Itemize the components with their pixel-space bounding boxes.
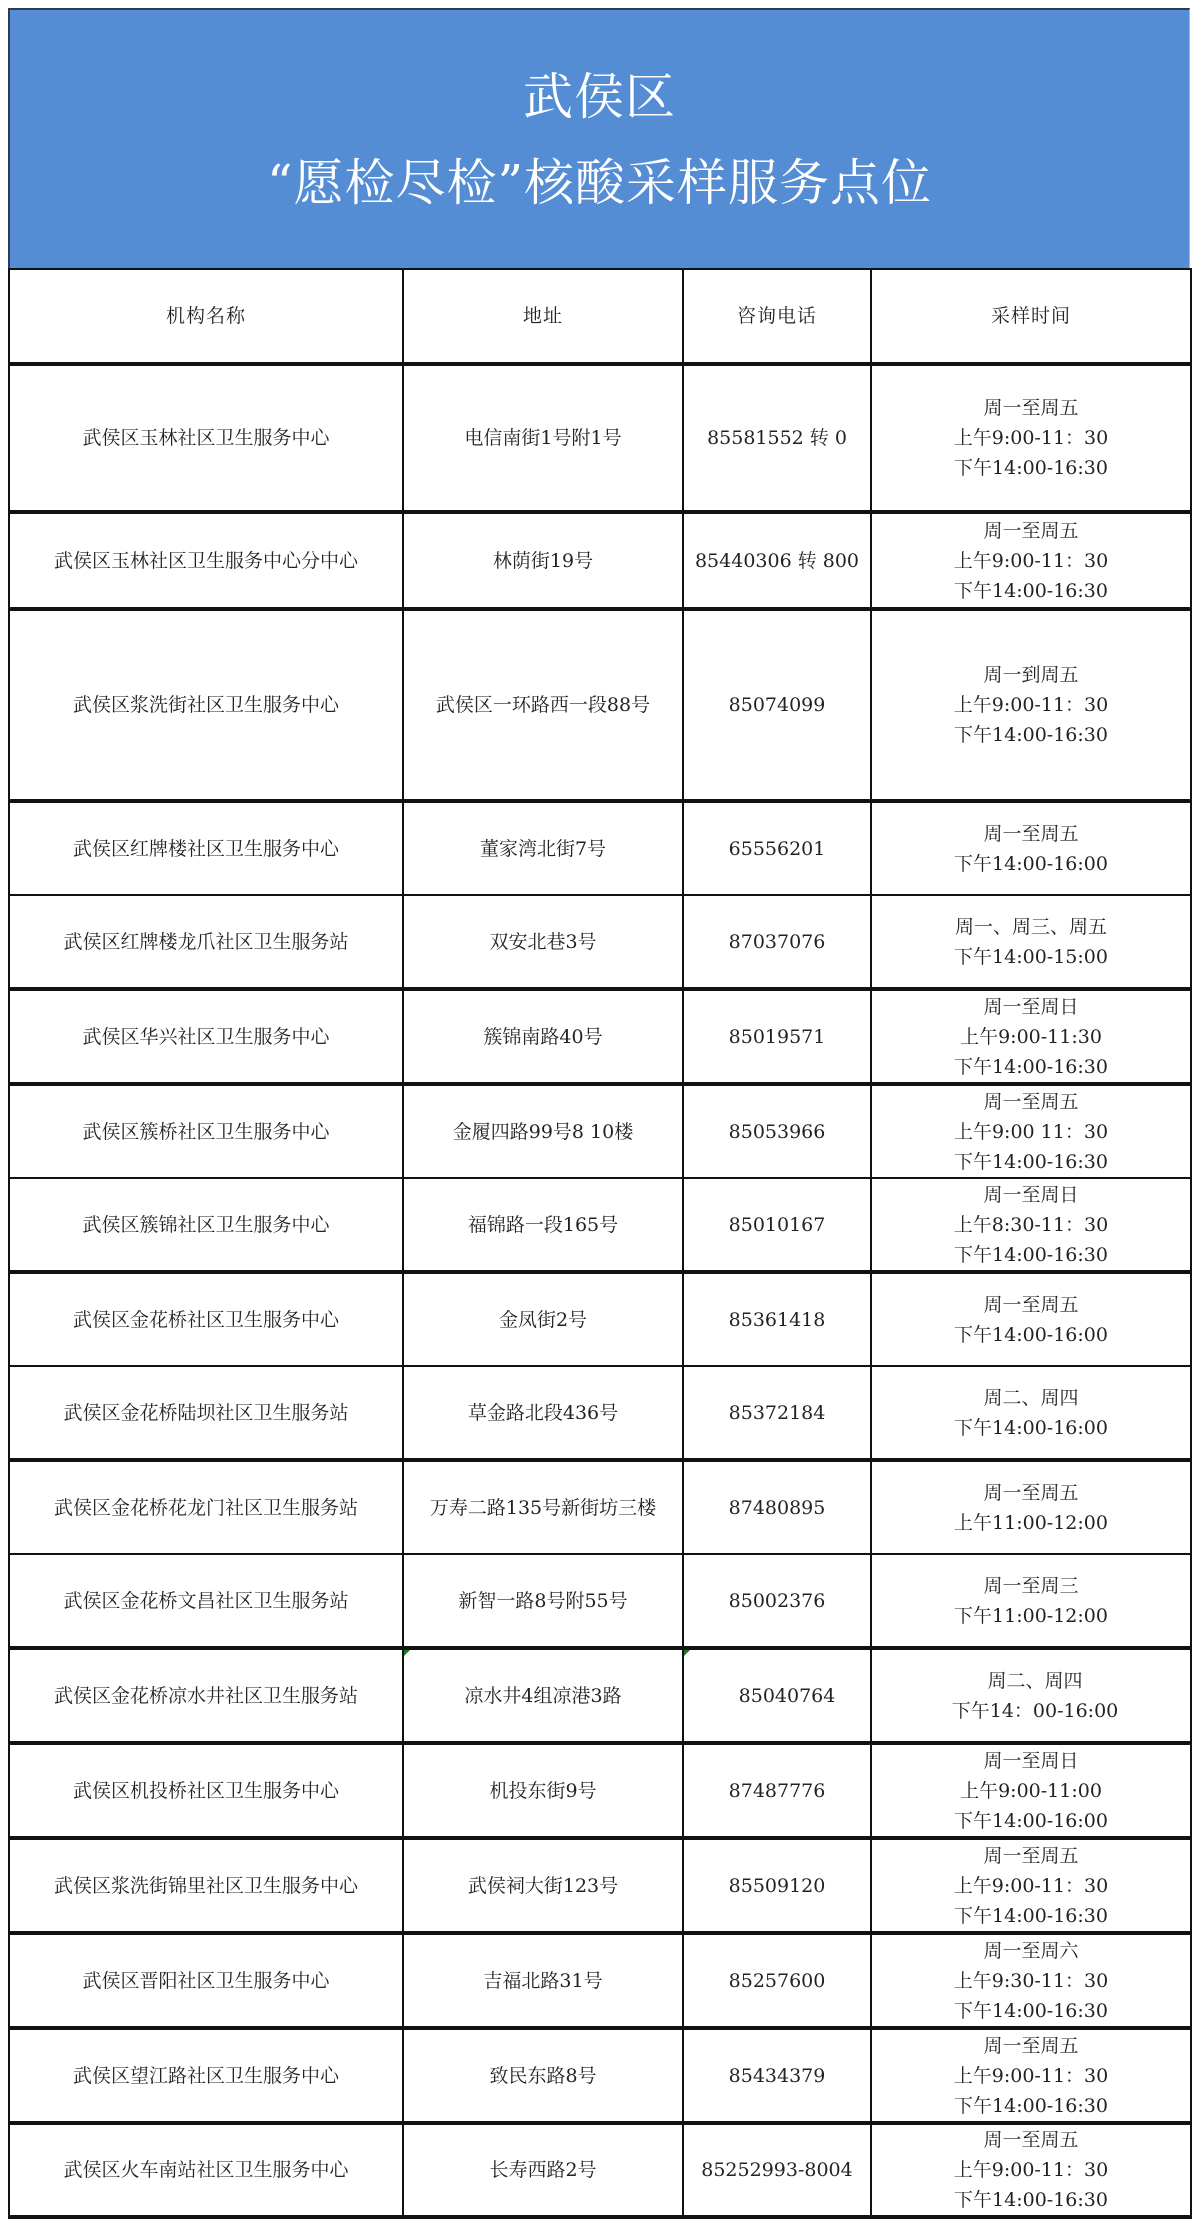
address: 金凤街2号 — [403, 1272, 683, 1366]
address: 长寿西路2号 — [403, 2123, 683, 2217]
time-morning: 上午9:00 11：30 — [872, 1117, 1190, 1147]
time-days: 周一至周五 — [872, 1841, 1190, 1871]
table-header-row: 机构名称 地址 咨询电话 采样时间 — [9, 269, 1191, 364]
address: 双安北巷3号 — [403, 895, 683, 989]
sampling-sites-sheet: 武侯区 “愿检尽检”核酸采样服务点位 机构名称 地址 咨询电话 采样时间 武侯区… — [8, 8, 1190, 2219]
time-days: 周二、周四 — [880, 1666, 1190, 1696]
sampling-time: 周一至周五 上午9:00-11：30 下午14:00-16:30 — [871, 2028, 1191, 2123]
time-afternoon: 下午14:00-16:30 — [872, 1147, 1190, 1177]
phone: 87037076 — [683, 895, 871, 989]
address: 致民东路8号 — [403, 2028, 683, 2123]
table-row: 武侯区红牌楼龙爪社区卫生服务站 双安北巷3号 87037076 周一、周三、周五… — [9, 895, 1191, 989]
table-row: 武侯区金花桥凉水井社区卫生服务站 凉水井4组凉港3路 85040764 周二、周… — [9, 1648, 1191, 1743]
table-row: 武侯区玉林社区卫生服务中心分中心 林荫街19号 85440306 转 800 周… — [9, 512, 1191, 609]
phone: 85440306 转 800 — [683, 512, 871, 609]
table-row: 武侯区玉林社区卫生服务中心 电信南街1号附1号 85581552 转 0 周一至… — [9, 364, 1191, 512]
address: 机投东街9号 — [403, 1743, 683, 1838]
time-afternoon: 下午14:00-16:30 — [872, 1052, 1190, 1082]
address: 凉水井4组凉港3路 — [403, 1648, 683, 1743]
institution-name: 武侯区浆洗街社区卫生服务中心 — [9, 609, 403, 801]
time-afternoon: 下午14:00-15:00 — [872, 942, 1190, 972]
institution-name: 武侯区晋阳社区卫生服务中心 — [9, 1933, 403, 2028]
institution-name: 武侯区簇锦社区卫生服务中心 — [9, 1178, 403, 1272]
time-days: 周一至周五 — [872, 1290, 1190, 1320]
phone: 85434379 — [683, 2028, 871, 2123]
address: 武侯区一环路西一段88号 — [403, 609, 683, 801]
phone: 87480895 — [683, 1460, 871, 1554]
address: 新智一路8号附55号 — [403, 1554, 683, 1648]
sampling-time: 周一至周三 下午11:00-12:00 — [871, 1554, 1191, 1648]
table-row: 武侯区金花桥社区卫生服务中心 金凤街2号 85361418 周一至周五 下午14… — [9, 1272, 1191, 1366]
table-row: 武侯区红牌楼社区卫生服务中心 董家湾北街7号 65556201 周一至周五 下午… — [9, 801, 1191, 895]
table-row: 武侯区火车南站社区卫生服务中心 长寿西路2号 85252993-8004 周一至… — [9, 2123, 1191, 2217]
title-banner: 武侯区 “愿检尽检”核酸采样服务点位 — [8, 8, 1190, 268]
sampling-time: 周一至周日 上午8:30-11：30 下午14:00-16:30 — [871, 1178, 1191, 1272]
time-days: 周一至周五 — [872, 2125, 1190, 2155]
time-afternoon: 下午14:00-16:30 — [872, 1240, 1190, 1270]
institution-name: 武侯区金花桥陆坝社区卫生服务站 — [9, 1366, 403, 1460]
time-morning: 上午9:00-11：30 — [872, 423, 1190, 453]
phone: 85252993-8004 — [683, 2123, 871, 2217]
institution-name: 武侯区机投桥社区卫生服务中心 — [9, 1743, 403, 1838]
institution-name: 武侯区金花桥花龙门社区卫生服务站 — [9, 1460, 403, 1554]
time-morning: 上午9:00-11：30 — [872, 2155, 1190, 2185]
time-days: 周一至周五 — [872, 2031, 1190, 2061]
institution-name: 武侯区华兴社区卫生服务中心 — [9, 989, 403, 1084]
institution-name: 武侯区浆洗街锦里社区卫生服务中心 — [9, 1838, 403, 1933]
time-days: 周一至周五 — [872, 819, 1190, 849]
time-afternoon: 下午14:00-16:30 — [872, 2185, 1190, 2215]
institution-name: 武侯区金花桥文昌社区卫生服务站 — [9, 1554, 403, 1648]
phone: 85509120 — [683, 1838, 871, 1933]
phone: 85053966 — [683, 1084, 871, 1178]
phone: 65556201 — [683, 801, 871, 895]
phone: 85372184 — [683, 1366, 871, 1460]
phone: 85361418 — [683, 1272, 871, 1366]
sampling-time: 周二、周四 下午14：00-16:00 — [871, 1648, 1191, 1743]
time-afternoon: 下午14:00-16:00 — [872, 1320, 1190, 1350]
time-days: 周二、周四 — [872, 1383, 1190, 1413]
time-days: 周一至周五 — [872, 1478, 1190, 1508]
institution-name: 武侯区火车南站社区卫生服务中心 — [9, 2123, 403, 2217]
address: 金履四路99号8 10楼 — [403, 1084, 683, 1178]
sampling-time: 周一至周日 上午9:00-11:00 下午14:00-16:00 — [871, 1743, 1191, 1838]
address: 福锦路一段165号 — [403, 1178, 683, 1272]
sampling-time: 周一至周五 下午14:00-16:00 — [871, 1272, 1191, 1366]
time-days: 周一至周五 — [872, 1087, 1190, 1117]
table-row: 武侯区簇桥社区卫生服务中心 金履四路99号8 10楼 85053966 周一至周… — [9, 1084, 1191, 1178]
address: 武侯祠大街123号 — [403, 1838, 683, 1933]
address: 簇锦南路40号 — [403, 989, 683, 1084]
time-afternoon: 下午14:00-16:00 — [872, 1806, 1190, 1836]
table-row: 武侯区望江路社区卫生服务中心 致民东路8号 85434379 周一至周五 上午9… — [9, 2028, 1191, 2123]
time-afternoon: 下午14:00-16:30 — [872, 1901, 1190, 1931]
time-morning: 上午9:00-11：30 — [872, 2061, 1190, 2091]
phone: 85040764 — [683, 1648, 871, 1743]
sampling-time: 周一至周日 上午9:00-11:30 下午14:00-16:30 — [871, 989, 1191, 1084]
phone: 85581552 转 0 — [683, 364, 871, 512]
sampling-sites-table: 机构名称 地址 咨询电话 采样时间 武侯区玉林社区卫生服务中心 电信南街1号附1… — [8, 268, 1192, 2219]
address: 电信南街1号附1号 — [403, 364, 683, 512]
time-morning: 上午9:00-11:00 — [872, 1776, 1190, 1806]
table-row: 武侯区机投桥社区卫生服务中心 机投东街9号 87487776 周一至周日 上午9… — [9, 1743, 1191, 1838]
sampling-time: 周一至周五 上午9:00-11：30 下午14:00-16:30 — [871, 364, 1191, 512]
time-days: 周一至周日 — [872, 1746, 1190, 1776]
sampling-time: 周一至周六 上午9:30-11：30 下午14:00-16:30 — [871, 1933, 1191, 2028]
sampling-time: 周一至周五 上午9:00 11：30 下午14:00-16:30 — [871, 1084, 1191, 1178]
institution-name: 武侯区金花桥社区卫生服务中心 — [9, 1272, 403, 1366]
sampling-time: 周一至周五 下午14:00-16:00 — [871, 801, 1191, 895]
header-institution-name: 机构名称 — [9, 269, 403, 364]
time-morning: 上午9:00-11：30 — [872, 546, 1190, 576]
phone: 85019571 — [683, 989, 871, 1084]
sampling-time: 周一至周五 上午11:00-12:00 — [871, 1460, 1191, 1554]
time-morning: 上午9:00-11:30 — [872, 1022, 1190, 1052]
sampling-time: 周一、周三、周五 下午14:00-15:00 — [871, 895, 1191, 989]
address: 草金路北段436号 — [403, 1366, 683, 1460]
time-days: 周一至周五 — [872, 393, 1190, 423]
table-row: 武侯区金花桥陆坝社区卫生服务站 草金路北段436号 85372184 周二、周四… — [9, 1366, 1191, 1460]
time-afternoon: 下午14:00-16:30 — [872, 576, 1190, 606]
address: 吉福北路31号 — [403, 1933, 683, 2028]
header-sampling-time: 采样时间 — [871, 269, 1191, 364]
time-morning: 上午11:00-12:00 — [872, 1508, 1190, 1538]
phone: 87487776 — [683, 1743, 871, 1838]
time-morning: 上午9:00-11：30 — [872, 690, 1190, 720]
time-afternoon: 下午14:00-16:30 — [872, 2091, 1190, 2121]
header-phone: 咨询电话 — [683, 269, 871, 364]
table-row: 武侯区浆洗街社区卫生服务中心 武侯区一环路西一段88号 85074099 周一到… — [9, 609, 1191, 801]
institution-name: 武侯区望江路社区卫生服务中心 — [9, 2028, 403, 2123]
time-days: 周一至周三 — [872, 1571, 1190, 1601]
time-days: 周一至周五 — [872, 516, 1190, 546]
phone: 85010167 — [683, 1178, 871, 1272]
table-row: 武侯区华兴社区卫生服务中心 簇锦南路40号 85019571 周一至周日 上午9… — [9, 989, 1191, 1084]
time-afternoon: 下午14:00-16:00 — [872, 849, 1190, 879]
title-district: 武侯区 — [523, 54, 676, 140]
institution-name: 武侯区玉林社区卫生服务中心分中心 — [9, 512, 403, 609]
time-afternoon: 下午14：00-16:00 — [880, 1696, 1190, 1726]
address: 林荫街19号 — [403, 512, 683, 609]
sampling-time: 周一至周五 上午9:00-11：30 下午14:00-16:30 — [871, 1838, 1191, 1933]
table-row: 武侯区晋阳社区卫生服务中心 吉福北路31号 85257600 周一至周六 上午9… — [9, 1933, 1191, 2028]
time-afternoon: 下午14:00-16:00 — [872, 1413, 1190, 1443]
time-days: 周一至周日 — [872, 992, 1190, 1022]
address: 万寿二路135号新街坊三楼 — [403, 1460, 683, 1554]
phone: 85257600 — [683, 1933, 871, 2028]
time-afternoon: 下午14:00-16:30 — [872, 720, 1190, 750]
phone: 85002376 — [683, 1554, 871, 1648]
institution-name: 武侯区金花桥凉水井社区卫生服务站 — [9, 1648, 403, 1743]
time-afternoon: 下午11:00-12:00 — [872, 1601, 1190, 1631]
title-subject: “愿检尽检”核酸采样服务点位 — [267, 140, 932, 226]
institution-name: 武侯区簇桥社区卫生服务中心 — [9, 1084, 403, 1178]
table-row: 武侯区浆洗街锦里社区卫生服务中心 武侯祠大街123号 85509120 周一至周… — [9, 1838, 1191, 1933]
table-row: 武侯区金花桥文昌社区卫生服务站 新智一路8号附55号 85002376 周一至周… — [9, 1554, 1191, 1648]
table-row: 武侯区金花桥花龙门社区卫生服务站 万寿二路135号新街坊三楼 87480895 … — [9, 1460, 1191, 1554]
phone: 85074099 — [683, 609, 871, 801]
time-days: 周一至周日 — [872, 1180, 1190, 1210]
time-days: 周一、周三、周五 — [872, 912, 1190, 942]
time-days: 周一至周六 — [872, 1936, 1190, 1966]
sampling-time: 周一至周五 上午9:00-11：30 下午14:00-16:30 — [871, 2123, 1191, 2217]
time-afternoon: 下午14:00-16:30 — [872, 453, 1190, 483]
time-morning: 上午9:30-11：30 — [872, 1966, 1190, 1996]
address: 董家湾北街7号 — [403, 801, 683, 895]
time-afternoon: 下午14:00-16:30 — [872, 1996, 1190, 2026]
time-morning: 上午8:30-11：30 — [872, 1210, 1190, 1240]
table-row: 武侯区簇锦社区卫生服务中心 福锦路一段165号 85010167 周一至周日 上… — [9, 1178, 1191, 1272]
institution-name: 武侯区玉林社区卫生服务中心 — [9, 364, 403, 512]
institution-name: 武侯区红牌楼龙爪社区卫生服务站 — [9, 895, 403, 989]
institution-name: 武侯区红牌楼社区卫生服务中心 — [9, 801, 403, 895]
time-days: 周一到周五 — [872, 660, 1190, 690]
sampling-time: 周一到周五 上午9:00-11：30 下午14:00-16:30 — [871, 609, 1191, 801]
time-morning: 上午9:00-11：30 — [872, 1871, 1190, 1901]
sampling-time: 周一至周五 上午9:00-11：30 下午14:00-16:30 — [871, 512, 1191, 609]
header-address: 地址 — [403, 269, 683, 364]
sampling-time: 周二、周四 下午14:00-16:00 — [871, 1366, 1191, 1460]
